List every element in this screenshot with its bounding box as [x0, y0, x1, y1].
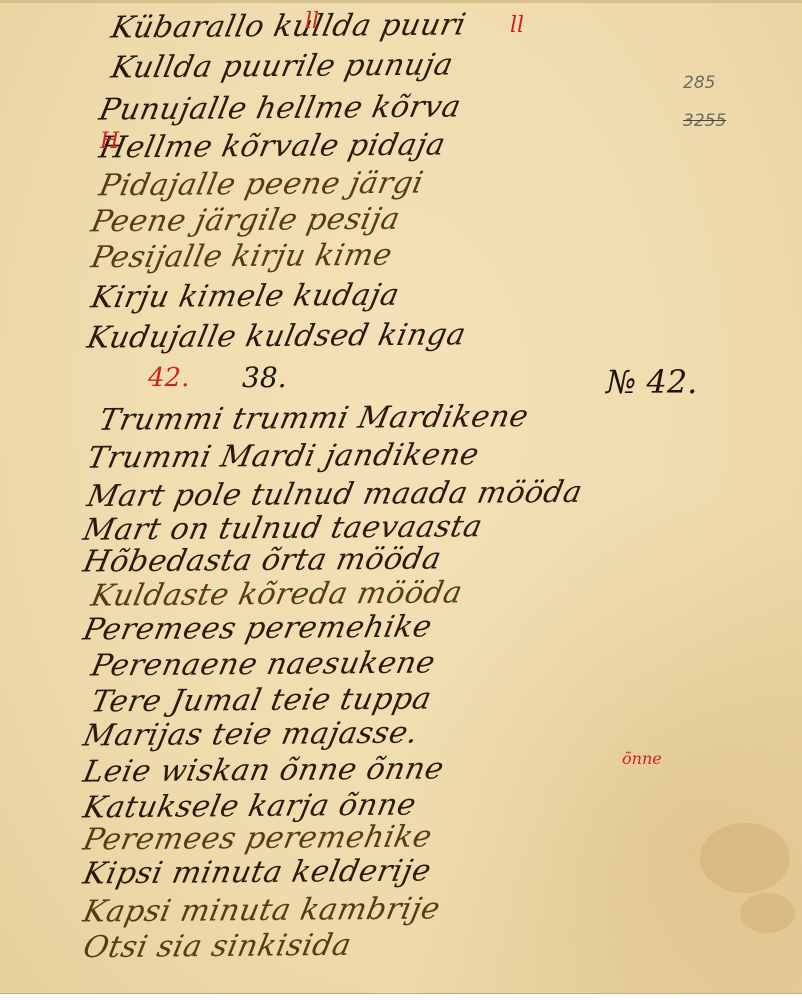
verse-line: Kübarallo kullda puuri: [108, 7, 469, 45]
verse-line: Trummi trummi Mardikene: [96, 399, 532, 438]
verse-line: Peremees peremehike: [80, 819, 435, 857]
paper-stain: [700, 823, 790, 893]
verse-line: Pidajalle peene järgi: [96, 166, 426, 204]
manuscript-page: 285 3255 Kübarallo kullda puuri Kullda p…: [0, 0, 802, 994]
catalog-number: 285: [683, 73, 715, 93]
verse-line: Hellme kõrvale pidaja: [96, 127, 448, 165]
red-correction-mark: ll: [510, 13, 524, 38]
verse-line: Peene järgile pesija: [88, 202, 403, 240]
verse-line: Pesijalle kirju kime: [88, 238, 395, 276]
verse-line: Kirju kimele kudaja: [88, 278, 402, 316]
verse-line: Kuldaste kõreda mööda: [88, 575, 465, 613]
verse-line: Otsi sia sinkisida: [80, 928, 354, 965]
verse-line: Perenaene naesukene: [88, 646, 438, 684]
verse-line: Tere Jumal teie tuppa: [88, 682, 434, 720]
verse-line: Marijas teie majasse.: [80, 716, 421, 754]
verse-line: Punujalle hellme kõrva: [96, 89, 464, 127]
verse-line: Kapsi minuta kambrije: [80, 891, 443, 929]
verse-line: Leie wiskan õnne õnne: [80, 751, 447, 789]
song-number: 38.: [242, 361, 287, 394]
catalog-song-number: № 42.: [606, 363, 697, 401]
verse-line: Kudujalle kuldsed kinga: [84, 317, 469, 355]
paper-stain: [740, 893, 795, 933]
verse-line: Mart pole tulnud maada mööda: [84, 475, 586, 514]
verse-line: Hõbedasta õrta mööda: [80, 541, 444, 579]
verse-line: Kipsi minuta kelderije: [80, 853, 434, 891]
red-correction-mark: H: [100, 129, 119, 154]
red-correction-mark: ll: [305, 9, 319, 34]
verse-line: Peremees peremehike: [80, 609, 435, 647]
red-correction-mark: õnne: [622, 749, 662, 768]
red-song-number: 42.: [148, 363, 189, 393]
verse-line: Kullda puurile punuja: [108, 48, 456, 86]
struck-catalog-number: 3255: [683, 111, 726, 131]
verse-line: Trummi Mardi jandikene: [84, 437, 482, 475]
